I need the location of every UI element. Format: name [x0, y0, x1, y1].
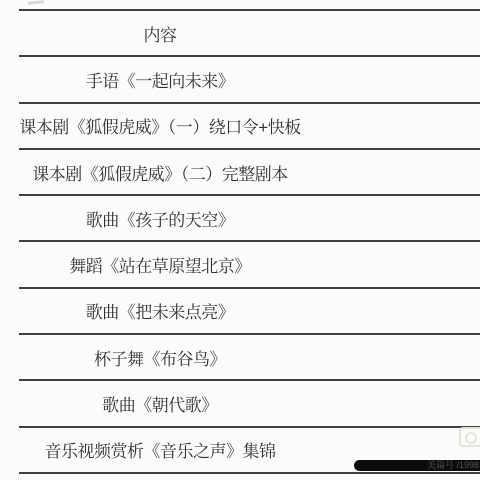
photo-crop-artifact: [28, 0, 44, 5]
table-row: 歌曲《把未来点亮》: [19, 287, 480, 333]
program-item-label: 歌曲《孩子的天空》: [86, 206, 235, 231]
program-item-label: 音乐视频赏析《音乐之声》集锦: [45, 437, 276, 462]
table-photo-page: { "page": { "background": "#fbfbfa", "li…: [0, 0, 480, 480]
table-row: 课本剧《狐假虎威》（一）绕口令+快板: [19, 102, 480, 148]
table-row: 杯子舞《布谷鸟》: [19, 333, 480, 379]
table-row: 舞蹈《站在草原望北京》: [19, 240, 480, 286]
program-item-label: 课本剧《狐假虎威》（一）绕口令+快板: [19, 113, 300, 138]
program-item-label: 杯子舞《布谷鸟》: [94, 345, 226, 370]
program-item-label: 手语《一起向未来》: [86, 67, 235, 92]
watermark-badge: 美篇号 /1998: [354, 460, 480, 471]
table-row: 课本剧《狐假虎威》（二）完整剧本: [19, 148, 480, 194]
program-content-table: 内容 手语《一起向未来》 课本剧《狐假虎威》（一）绕口令+快板 课本剧《狐假虎威…: [19, 9, 480, 474]
program-item-label: 歌曲《朝代歌》: [102, 391, 218, 416]
table-row: 歌曲《朝代歌》: [19, 379, 480, 425]
watermark-text: 美篇号 /1998: [427, 460, 479, 471]
program-item-label: 舞蹈《站在草原望北京》: [69, 252, 251, 277]
table-row: 歌曲《孩子的天空》: [19, 194, 480, 240]
program-item-label: 歌曲《把未来点亮》: [86, 298, 235, 323]
camera-lens-icon: [465, 432, 477, 444]
program-item-label: 课本剧《狐假虎威》（二）完整剧本: [32, 160, 288, 185]
table-header-row: 内容: [19, 9, 480, 55]
table-row: 手语《一起向未来》: [19, 55, 480, 101]
column-header-content: 内容: [144, 21, 177, 46]
camera-icon: [459, 427, 480, 447]
